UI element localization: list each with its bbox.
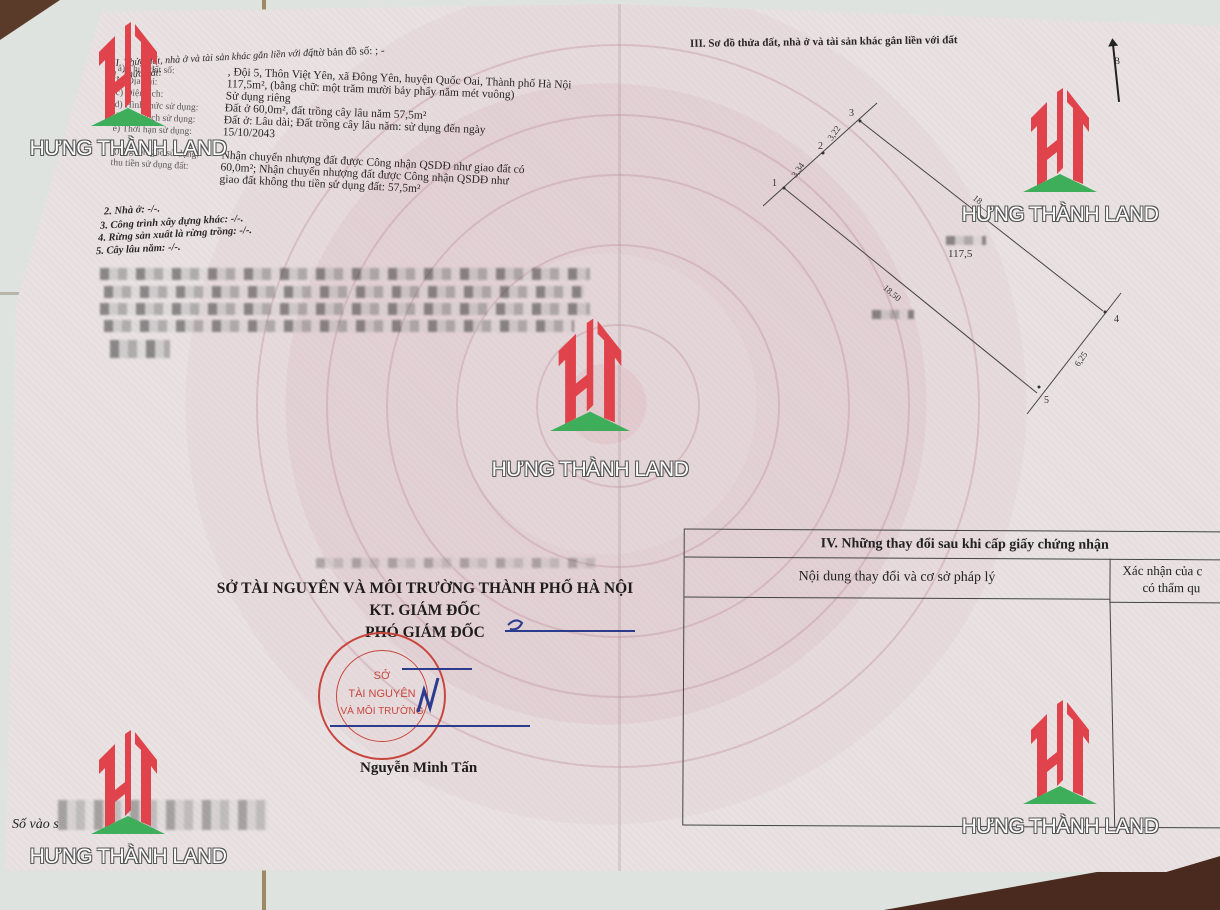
watermark: HƯNG THÀNH LAND [960,700,1160,850]
watermark-brand: HƯNG THÀNH LAND [490,458,690,482]
watermark-brand: HƯNG THÀNH LAND [960,203,1160,227]
ht-logo-icon [1023,88,1097,196]
watermark-brand: HƯNG THÀNH LAND [28,845,228,869]
watermark: HƯNG THÀNH LAND [490,318,690,468]
ht-logo-icon [91,730,165,838]
signer-name: Nguyễn Minh Tấn [360,760,477,777]
ht-logo-icon [1023,700,1097,808]
watermark-brand: HƯNG THÀNH LAND [960,815,1160,839]
ht-logo-icon [91,22,165,130]
watermark: HƯNG THÀNH LAND [28,730,228,880]
watermark: HƯNG THÀNH LAND [28,22,228,172]
watermark: HƯNG THÀNH LAND [960,88,1160,238]
watermark-brand: HƯNG THÀNH LAND [28,137,228,161]
ht-logo-icon [550,318,630,436]
